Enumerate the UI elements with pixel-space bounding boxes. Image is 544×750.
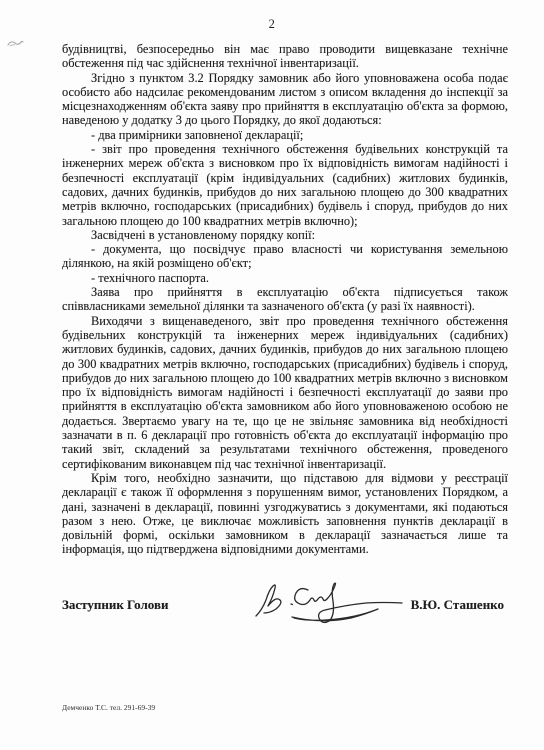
- list-item-paragraph: - звіт про проведення технічного обстеже…: [62, 142, 508, 228]
- letter-body: будівництві, безпосередньо він має право…: [62, 42, 508, 557]
- handwritten-signature-icon: [246, 568, 406, 643]
- signer-name: В.Ю. Сташенко: [411, 597, 504, 613]
- paragraph: Крім того, необхідно зазначити, що підст…: [62, 471, 508, 557]
- executor-contact-note: Демченко Т.С. тел. 291-69-39: [62, 703, 155, 712]
- list-item-paragraph: - технічного паспорта.: [62, 271, 508, 285]
- document-page: 2 будівництві, безпосередньо він має пра…: [0, 0, 544, 750]
- list-item-paragraph: - два примірники заповненої декларації;: [62, 128, 508, 142]
- margin-smudge-mark: [6, 36, 26, 50]
- paragraph: Засвідчені в установленому порядку копії…: [62, 228, 508, 242]
- page-number: 2: [0, 17, 544, 32]
- signer-title: Заступник Голови: [62, 597, 169, 613]
- paragraph: будівництві, безпосередньо він має право…: [62, 42, 508, 71]
- paragraph: Заява про прийняття в експлуатацію об'єк…: [62, 285, 508, 314]
- list-item-paragraph: - документа, що посвідчує право власност…: [62, 242, 508, 271]
- paragraph: Виходячи з вищенаведеного, звіт про пров…: [62, 314, 508, 471]
- paragraph: Згідно з пунктом 3.2 Порядку замовник аб…: [62, 71, 508, 128]
